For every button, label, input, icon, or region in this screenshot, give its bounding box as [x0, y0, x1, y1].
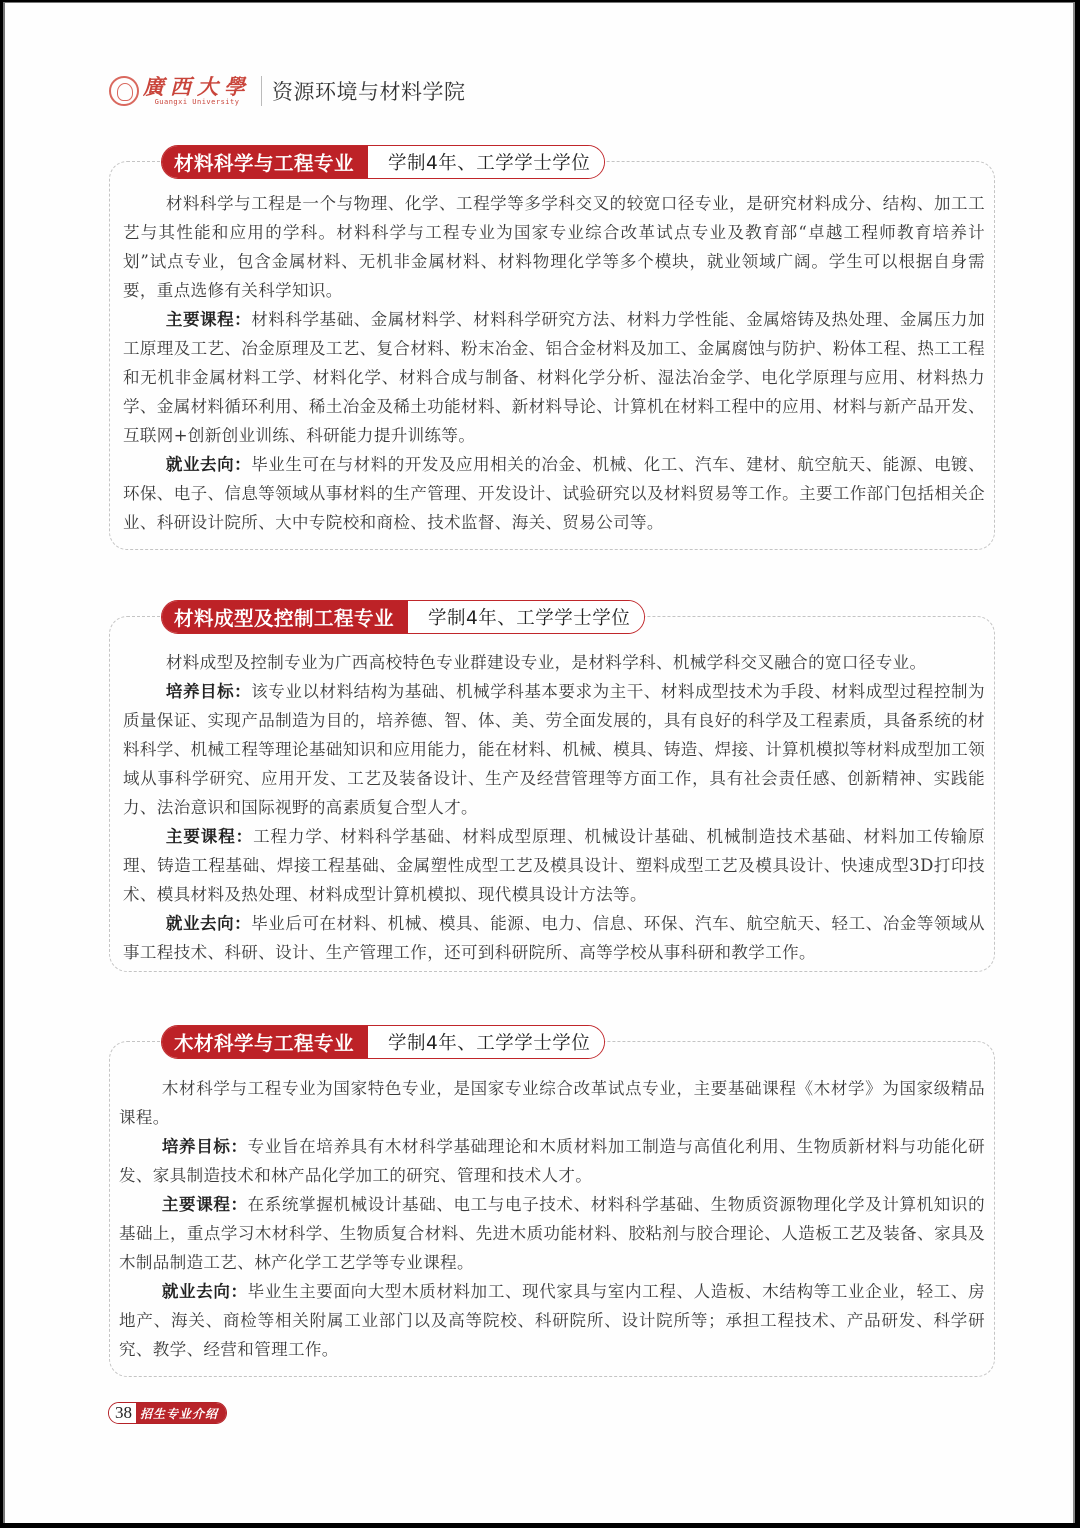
courses-paragraph: 主要课程：材料科学基础、金属材料学、材料科学研究方法、材料力学性能、金属熔铸及热…	[123, 305, 985, 450]
major-title: 材料科学与工程专业	[162, 146, 368, 178]
page-header: 廣西大學 Guangxi University 资源环境与材料学院	[109, 71, 466, 111]
courses-paragraph: 主要课程：工程力学、材料科学基础、材料成型原理、机械设计基础、机械制造技术基础、…	[123, 822, 985, 909]
university-name-cn: 廣西大學	[143, 76, 251, 98]
footer-label: 招生专业介绍	[136, 1403, 226, 1423]
paragraph-label: 就业去向：	[166, 914, 251, 933]
major-section-wood-science: 木材科学与工程专业 学制4年、工学学士学位 木材科学与工程专业为国家特色专业，是…	[109, 1025, 995, 1377]
major-duration-degree: 学制4年、工学学士学位	[368, 146, 604, 178]
paragraph-label: 主要课程：	[162, 1195, 248, 1214]
page-number: 38	[109, 1403, 136, 1423]
major-title-tag: 材料成型及控制工程专业 学制4年、工学学士学位	[161, 600, 645, 634]
major-duration-degree: 学制4年、工学学士学位	[408, 601, 644, 633]
section-content: 材料成型及控制专业为广西高校特色专业群建设专业，是材料学科、机械学科交叉融合的宽…	[123, 648, 985, 967]
intro-paragraph: 材料科学与工程是一个与物理、化学、工程学等多学科交叉的较宽口径专业，是研究材料成…	[123, 189, 985, 305]
section-content: 木材科学与工程专业为国家特色专业，是国家专业综合改革试点专业，主要基础课程《木材…	[119, 1074, 985, 1364]
major-title: 材料成型及控制工程专业	[162, 601, 408, 633]
major-duration-degree: 学制4年、工学学士学位	[368, 1026, 604, 1058]
careers-paragraph: 就业去向：毕业生主要面向大型木质材料加工、现代家具与室内工程、人造板、木结构等工…	[119, 1277, 985, 1364]
header-divider	[261, 76, 262, 106]
intro-paragraph: 材料成型及控制专业为广西高校特色专业群建设专业，是材料学科、机械学科交叉融合的宽…	[123, 648, 985, 677]
careers-paragraph: 就业去向：毕业后可在材料、机械、模具、能源、电力、信息、环保、汽车、航空航天、轻…	[123, 909, 985, 967]
paragraph-label: 主要课程：	[166, 827, 253, 846]
page-footer: 38 招生专业介绍	[108, 1402, 227, 1424]
major-title-tag: 木材科学与工程专业 学制4年、工学学士学位	[161, 1025, 605, 1059]
goals-paragraph: 培养目标：该专业以材料结构为基础、机械学科基本要求为主干、材料成型技术为手段、材…	[123, 677, 985, 822]
brochure-page: 廣西大學 Guangxi University 资源环境与材料学院 材料科学与工…	[3, 2, 1075, 1523]
major-title: 木材科学与工程专业	[162, 1026, 368, 1058]
university-seal-icon	[109, 76, 139, 106]
courses-paragraph: 主要课程：在系统掌握机械设计基础、电工与电子技术、材料科学基础、生物质资源物理化…	[119, 1190, 985, 1277]
university-name-en: Guangxi University	[155, 98, 240, 107]
paragraph-label: 就业去向：	[162, 1282, 248, 1301]
paragraph-label: 主要课程：	[166, 310, 251, 329]
section-content: 材料科学与工程是一个与物理、化学、工程学等多学科交叉的较宽口径专业，是研究材料成…	[123, 189, 985, 537]
paragraph-label: 培养目标：	[166, 682, 251, 701]
university-logo: 廣西大學 Guangxi University	[109, 76, 251, 107]
paragraph-label: 培养目标：	[162, 1137, 248, 1156]
major-title-tag: 材料科学与工程专业 学制4年、工学学士学位	[161, 145, 605, 179]
college-name: 资源环境与材料学院	[272, 76, 466, 106]
major-section-material-forming: 材料成型及控制工程专业 学制4年、工学学士学位 材料成型及控制专业为广西高校特色…	[109, 600, 995, 972]
goals-paragraph: 培养目标：专业旨在培养具有木材科学基础理论和木质材料加工制造与高值化利用、生物质…	[119, 1132, 985, 1190]
major-section-materials-science: 材料科学与工程专业 学制4年、工学学士学位 材料科学与工程是一个与物理、化学、工…	[109, 145, 995, 550]
paragraph-label: 就业去向：	[166, 455, 251, 474]
careers-paragraph: 就业去向：毕业生可在与材料的开发及应用相关的冶金、机械、化工、汽车、建材、航空航…	[123, 450, 985, 537]
intro-paragraph: 木材科学与工程专业为国家特色专业，是国家专业综合改革试点专业，主要基础课程《木材…	[119, 1074, 985, 1132]
